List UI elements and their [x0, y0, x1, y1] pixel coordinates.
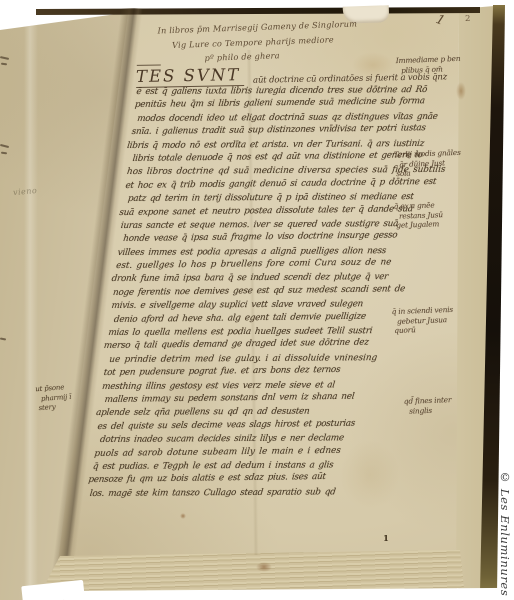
photo-bottom-margin	[64, 588, 514, 600]
margin-note-right-2: Terlij modis gnālesq̄r dūine Justsola	[394, 148, 462, 179]
copyright-credit: © Les Enluminures	[498, 470, 512, 596]
margin-note-right-3: q̄ ex a gnēerestans Jusūget Jugalem	[394, 200, 444, 230]
margin-note-right-4: q̄ in sciendi venisgebetur Jusuaquorū	[392, 305, 454, 336]
margin-note-line: singlis	[409, 405, 452, 416]
margin-note-left: ut p̄sonepharmij īstery	[35, 383, 72, 414]
page-number-next-leaf: 2	[465, 14, 470, 24]
text-line: los. magē ste kim tanszo Cullago stead s…	[89, 486, 381, 501]
margin-note-right-5: qd̄ fines intersinglis	[404, 395, 452, 416]
title-inscription: In libros p̄m Marrisegij Gameny de Singl…	[157, 17, 358, 67]
margin-note-line: qd̄ fines inter	[404, 395, 452, 406]
margin-note-right-1: Immediame p benplibus q̄ om̄	[396, 54, 461, 75]
manuscript-photo: vieno In libros p̄m Marrisegij Gameny de…	[0, 0, 514, 600]
margin-note-line: get Jugalem	[396, 219, 443, 230]
folio-mark: 1	[383, 534, 389, 544]
incipit-text: TES SVNT	[136, 65, 241, 86]
main-text-block: ē est q̄ galiens iuxta libris iuregia di…	[89, 84, 427, 501]
